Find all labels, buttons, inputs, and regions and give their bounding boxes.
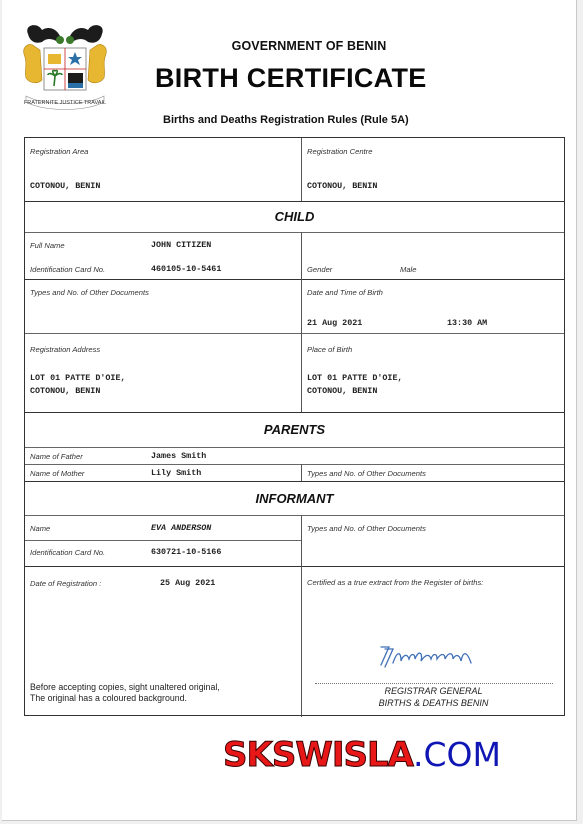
divider	[25, 464, 564, 465]
divider	[25, 481, 564, 482]
section-child-title: CHILD	[25, 209, 564, 224]
child-id-label: Identification Card No.	[30, 265, 105, 274]
child-dob-date: 21 Aug 2021	[307, 317, 362, 330]
registration-area-value: COTONOU, BENIN	[30, 180, 100, 193]
notice-line-1: Before accepting copies, sight unaltered…	[30, 682, 220, 693]
column-divider	[301, 138, 302, 201]
child-full-name-label: Full Name	[30, 241, 65, 250]
informant-name-label: Name	[30, 524, 50, 533]
child-reg-address-label: Registration Address	[30, 345, 100, 354]
mother-value: Lily Smith	[151, 467, 201, 480]
registration-centre-label: Registration Centre	[307, 147, 372, 156]
document-title: BIRTH CERTIFICATE	[155, 63, 427, 94]
column-divider	[301, 464, 302, 481]
father-label: Name of Father	[30, 452, 83, 461]
column-divider	[301, 232, 302, 412]
registration-centre-value: COTONOU, BENIN	[307, 180, 377, 193]
column-divider	[301, 515, 302, 717]
government-heading: GOVERNMENT OF BENIN	[2, 39, 576, 53]
registration-area-label: Registration Area	[30, 147, 88, 156]
divider	[25, 540, 302, 541]
divider	[25, 412, 564, 413]
divider	[25, 201, 564, 202]
watermark-brand: SKSWISLA.COM	[223, 735, 501, 775]
divider	[25, 515, 564, 516]
watermark-blue-text: .COM	[413, 735, 501, 774]
child-place-of-birth-label: Place of Birth	[307, 345, 352, 354]
child-reg-address-value: LOT 01 PATTE D'OIE, COTONOU, BENIN	[30, 372, 126, 397]
informant-name-value: EVA ANDERSON	[151, 522, 211, 535]
child-dob-label: Date and Time of Birth	[307, 288, 383, 297]
child-other-docs-label: Types and No. of Other Documents	[30, 288, 149, 297]
divider	[25, 279, 564, 280]
date-of-registration-value: 25 Aug 2021	[160, 577, 215, 590]
informant-other-docs-label: Types and No. of Other Documents	[307, 524, 426, 533]
svg-text:FRATERNITE JUSTICE TRAVAIL: FRATERNITE JUSTICE TRAVAIL	[24, 100, 106, 106]
section-informant-title: INFORMANT	[25, 491, 564, 506]
divider	[25, 333, 564, 334]
mother-label: Name of Mother	[30, 469, 84, 478]
section-parents-title: PARENTS	[25, 422, 564, 437]
registrar-title-line-1: REGISTRAR GENERAL	[307, 685, 560, 697]
child-full-name-value: JOHN CITIZEN	[151, 239, 211, 252]
signature-line	[315, 683, 553, 684]
child-gender-label: Gender	[307, 265, 332, 274]
benin-coat-of-arms-icon: FRATERNITE JUSTICE TRAVAIL	[20, 20, 110, 110]
parents-other-docs-label: Types and No. of Other Documents	[307, 469, 426, 478]
child-id-value: 460105-10-5461	[151, 263, 221, 276]
registrar-signature	[375, 641, 485, 671]
certificate-form: Registration Area COTONOU, BENIN Registr…	[24, 137, 565, 716]
notice-line-2: The original has a coloured background.	[30, 693, 187, 704]
watermark-red-text: SKSWISLA	[223, 735, 413, 775]
registrar-title-line-2: BIRTHS & DEATHS BENIN	[307, 697, 560, 709]
divider	[25, 566, 564, 567]
certificate-page: FRATERNITE JUSTICE TRAVAIL GOVERNMENT OF…	[2, 0, 577, 821]
child-place-of-birth-value: LOT 01 PATTE D'OIE, COTONOU, BENIN	[307, 372, 403, 397]
divider	[25, 447, 564, 448]
father-value: James Smith	[151, 450, 206, 463]
child-gender-value: Male	[400, 265, 416, 274]
rules-subtitle: Births and Deaths Registration Rules (Ru…	[163, 114, 409, 126]
child-dob-time: 13:30 AM	[447, 317, 487, 330]
informant-id-value: 630721-10-5166	[151, 546, 221, 559]
divider	[25, 232, 564, 233]
certified-label: Certified as a true extract from the Reg…	[307, 578, 483, 587]
date-of-registration-label: Date of Registration :	[30, 579, 101, 588]
informant-id-label: Identification Card No.	[30, 548, 105, 557]
